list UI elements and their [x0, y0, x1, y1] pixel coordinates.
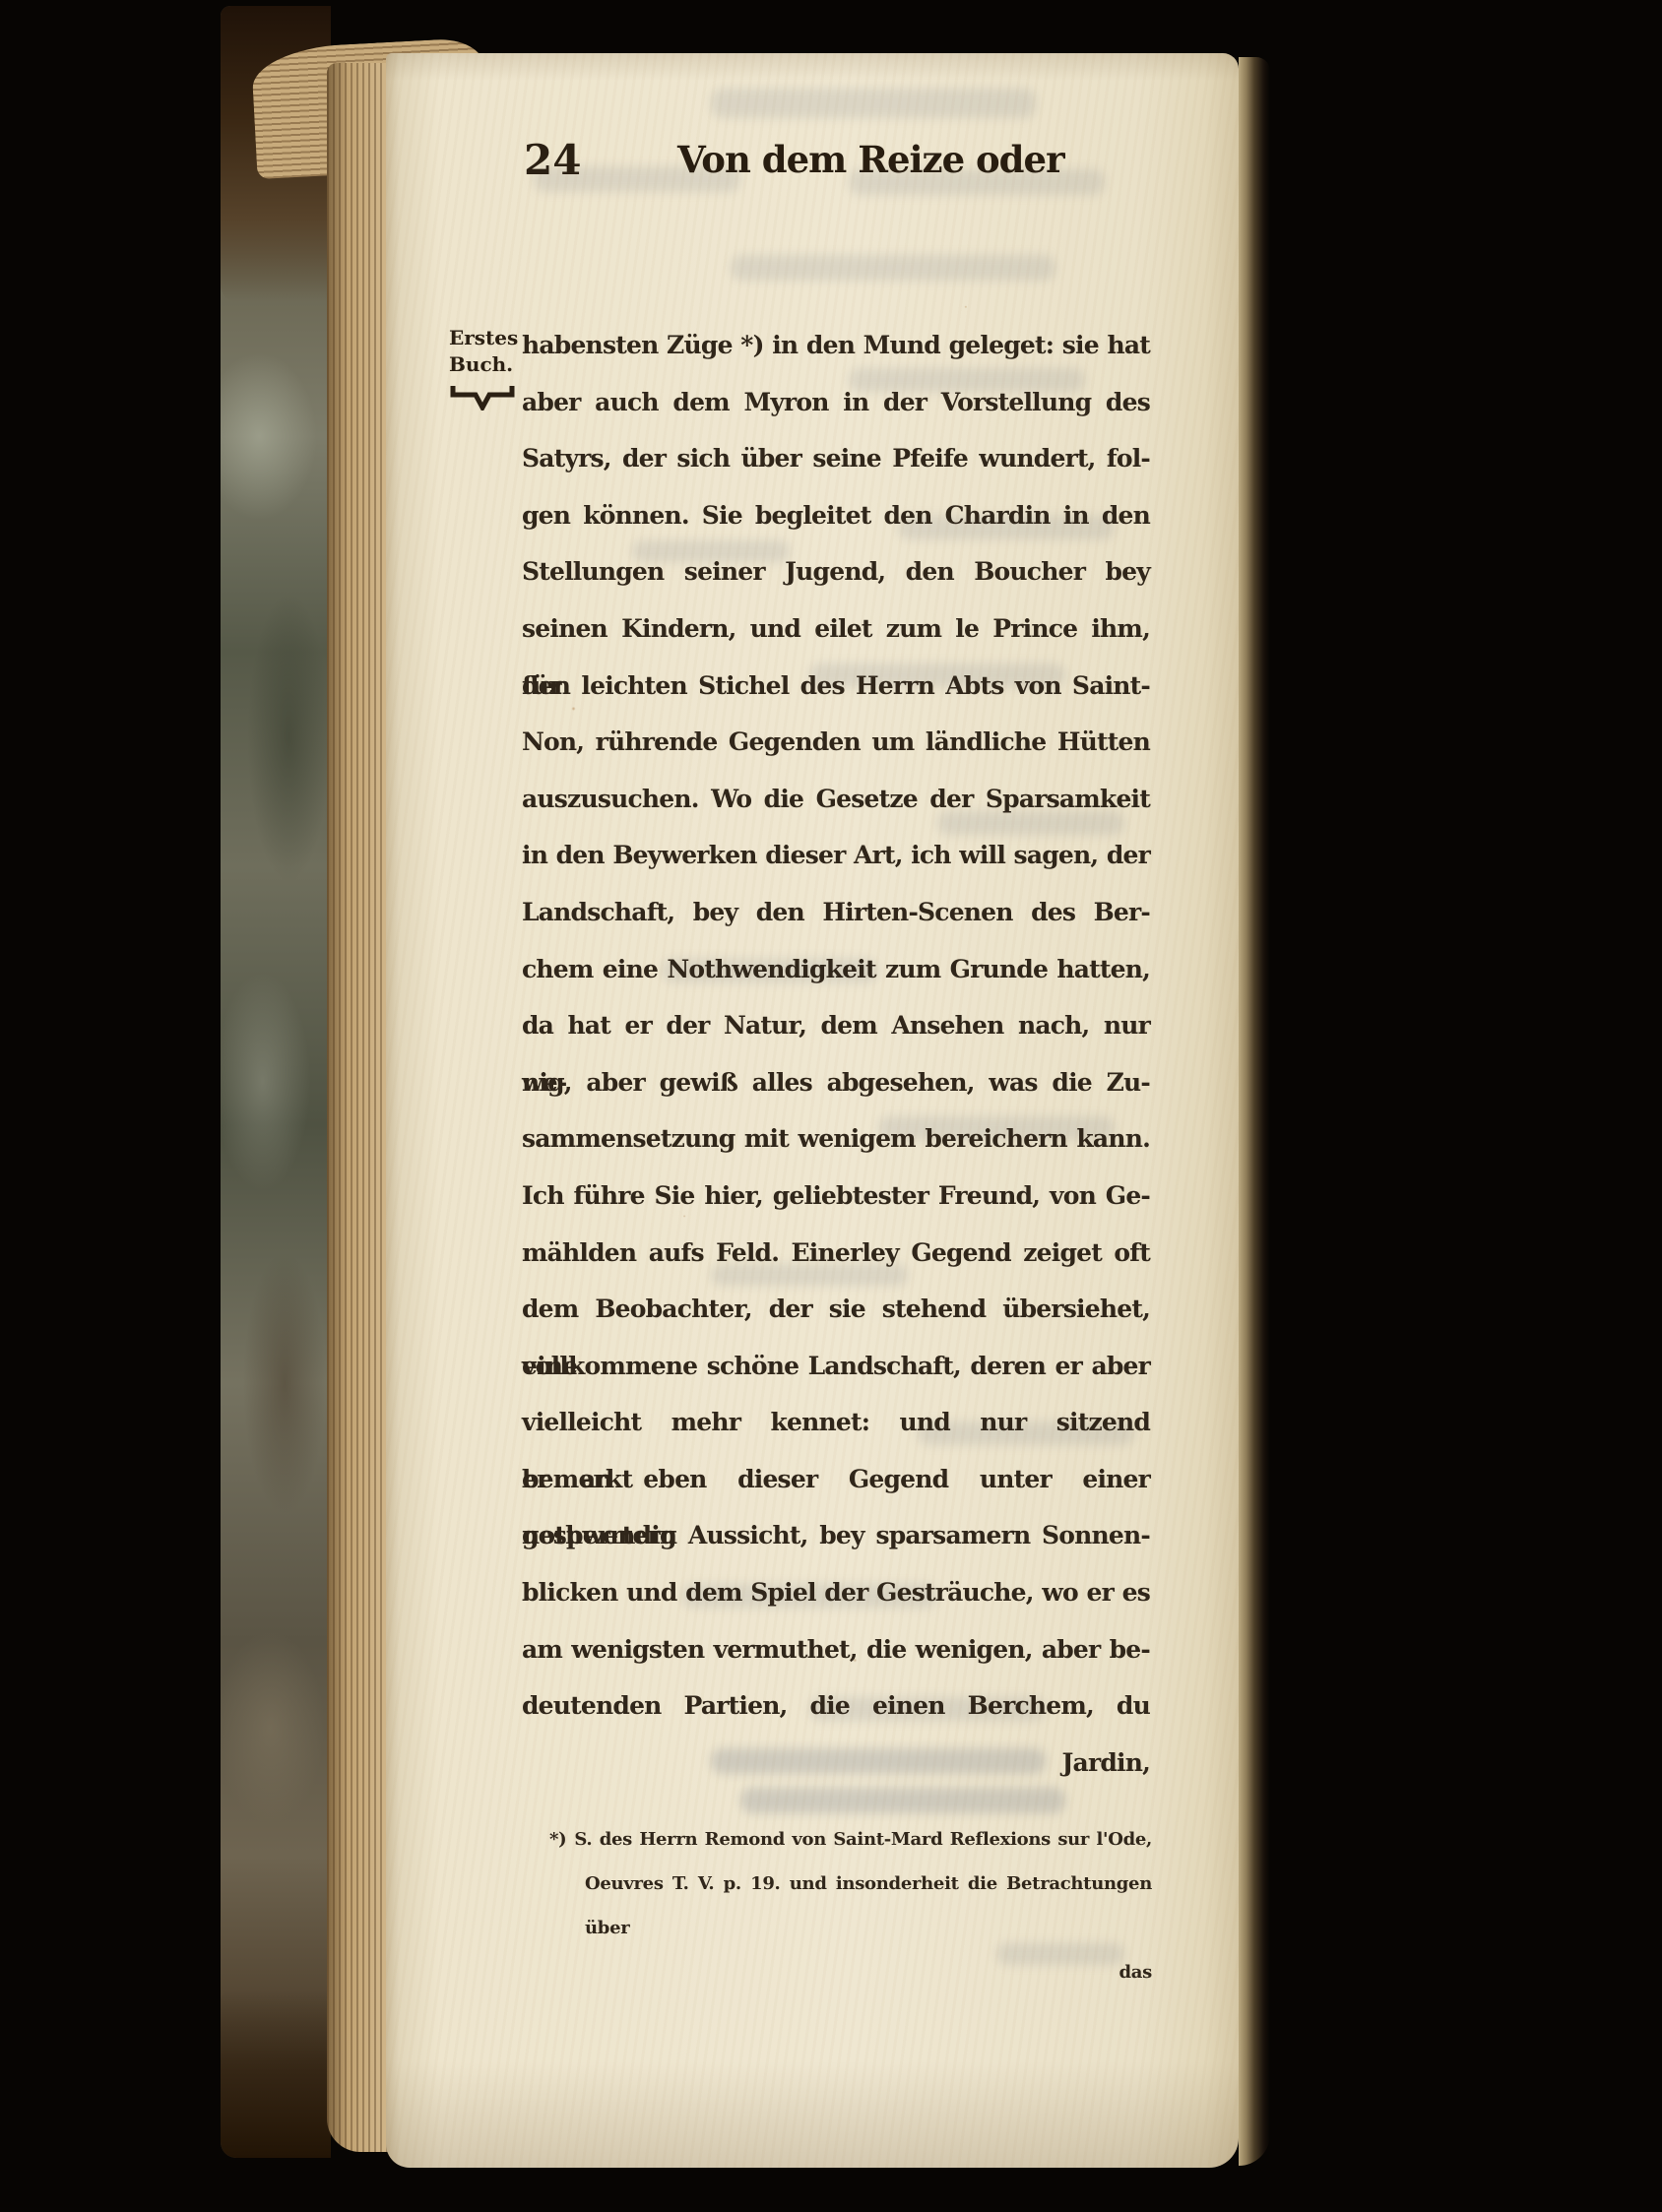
page-stack-fore-edge: [327, 63, 388, 2152]
margin-note-line: Buch.: [449, 351, 528, 378]
margin-note: Erstes Buch.: [449, 325, 528, 411]
body-line: Non, rührende Gegenden um ländliche Hütt…: [522, 714, 1150, 771]
book-page: 24 Von dem Reize oder Erstes Buch. haben…: [386, 53, 1239, 2168]
footnote-line: Oeuvres T. V. p. 19. und insonderheit di…: [549, 1862, 1152, 1950]
body-line: deutenden Partien, die einen Berchem, du: [522, 1677, 1150, 1735]
show-through-smudge: [731, 255, 1055, 281]
body-line: mählden aufs Feld. Einerley Gegend zeige…: [522, 1225, 1150, 1282]
body-line: Landschaft, bey den Hirten-Scenen des Be…: [522, 884, 1150, 941]
catchword: Jardin,: [522, 1735, 1150, 1792]
body-line: dem Beobachter, der sie stehend übersieh…: [522, 1281, 1150, 1338]
margin-note-line: Erstes: [449, 325, 528, 351]
body-line: er an eben dieser Gegend unter einer not…: [522, 1451, 1150, 1508]
show-through-smudge: [740, 1788, 1065, 1813]
body-line: vollkommene schöne Landschaft, deren er …: [522, 1338, 1150, 1395]
body-text: habensten Züge *) in den Mund geleget: s…: [522, 317, 1150, 1791]
body-line: gen können. Sie begleitet den Chardin in…: [522, 487, 1150, 544]
body-line: Stellungen seiner Jugend, den Boucher be…: [522, 543, 1150, 600]
section-brace-icon: [449, 383, 516, 411]
footnote-catchword: das: [549, 1950, 1152, 1994]
body-line: nig, aber gewiß alles abgesehen, was die…: [522, 1054, 1150, 1111]
body-line: seinen Kindern, und eilet zum le Prince …: [522, 600, 1150, 658]
body-line: aber auch dem Myron in der Vorstellung d…: [522, 374, 1150, 431]
body-line: da hat er der Natur, dem Ansehen nach, n…: [522, 997, 1150, 1054]
show-through-smudge: [711, 89, 1036, 118]
body-line: habensten Züge *) in den Mund geleget: s…: [522, 317, 1150, 374]
body-line: Ich führe Sie hier, geliebtester Freund,…: [522, 1168, 1150, 1225]
running-header: Von dem Reize oder: [677, 138, 1064, 181]
footnote: *)S. des Herrn Remond von Saint-Mard Ref…: [549, 1817, 1152, 1994]
body-line: am wenigsten vermuthet, die wenigen, abe…: [522, 1621, 1150, 1678]
adjacent-page-edge: [1239, 57, 1270, 2166]
footnote-marker: *): [549, 1829, 566, 1850]
body-line: gesperrtern Aussicht, bey sparsamern Son…: [522, 1507, 1150, 1564]
body-line: vielleicht mehr kennet: und nur sitzend …: [522, 1394, 1150, 1451]
body-line: auszusuchen. Wo die Gesetze der Sparsamk…: [522, 771, 1150, 828]
footnote-line: *)S. des Herrn Remond von Saint-Mard Ref…: [549, 1817, 1152, 1862]
body-line: sammensetzung mit wenigem bereichern kan…: [522, 1110, 1150, 1168]
body-line: blicken und dem Spiel der Gesträuche, wo…: [522, 1564, 1150, 1621]
book-spine-marbled-cover: [221, 6, 331, 2158]
body-line: in den Beywerken dieser Art, ich will sa…: [522, 827, 1150, 884]
page-number: 24: [524, 136, 581, 184]
body-line: Satyrs, der sich über seine Pfeife wunde…: [522, 430, 1150, 487]
body-line: chem eine Nothwendigkeit zum Grunde hatt…: [522, 941, 1150, 998]
footnote-text: S. des Herrn Remond von Saint-Mard Refle…: [574, 1829, 1152, 1850]
body-line: den leichten Stichel des Herrn Abts von …: [522, 658, 1150, 715]
